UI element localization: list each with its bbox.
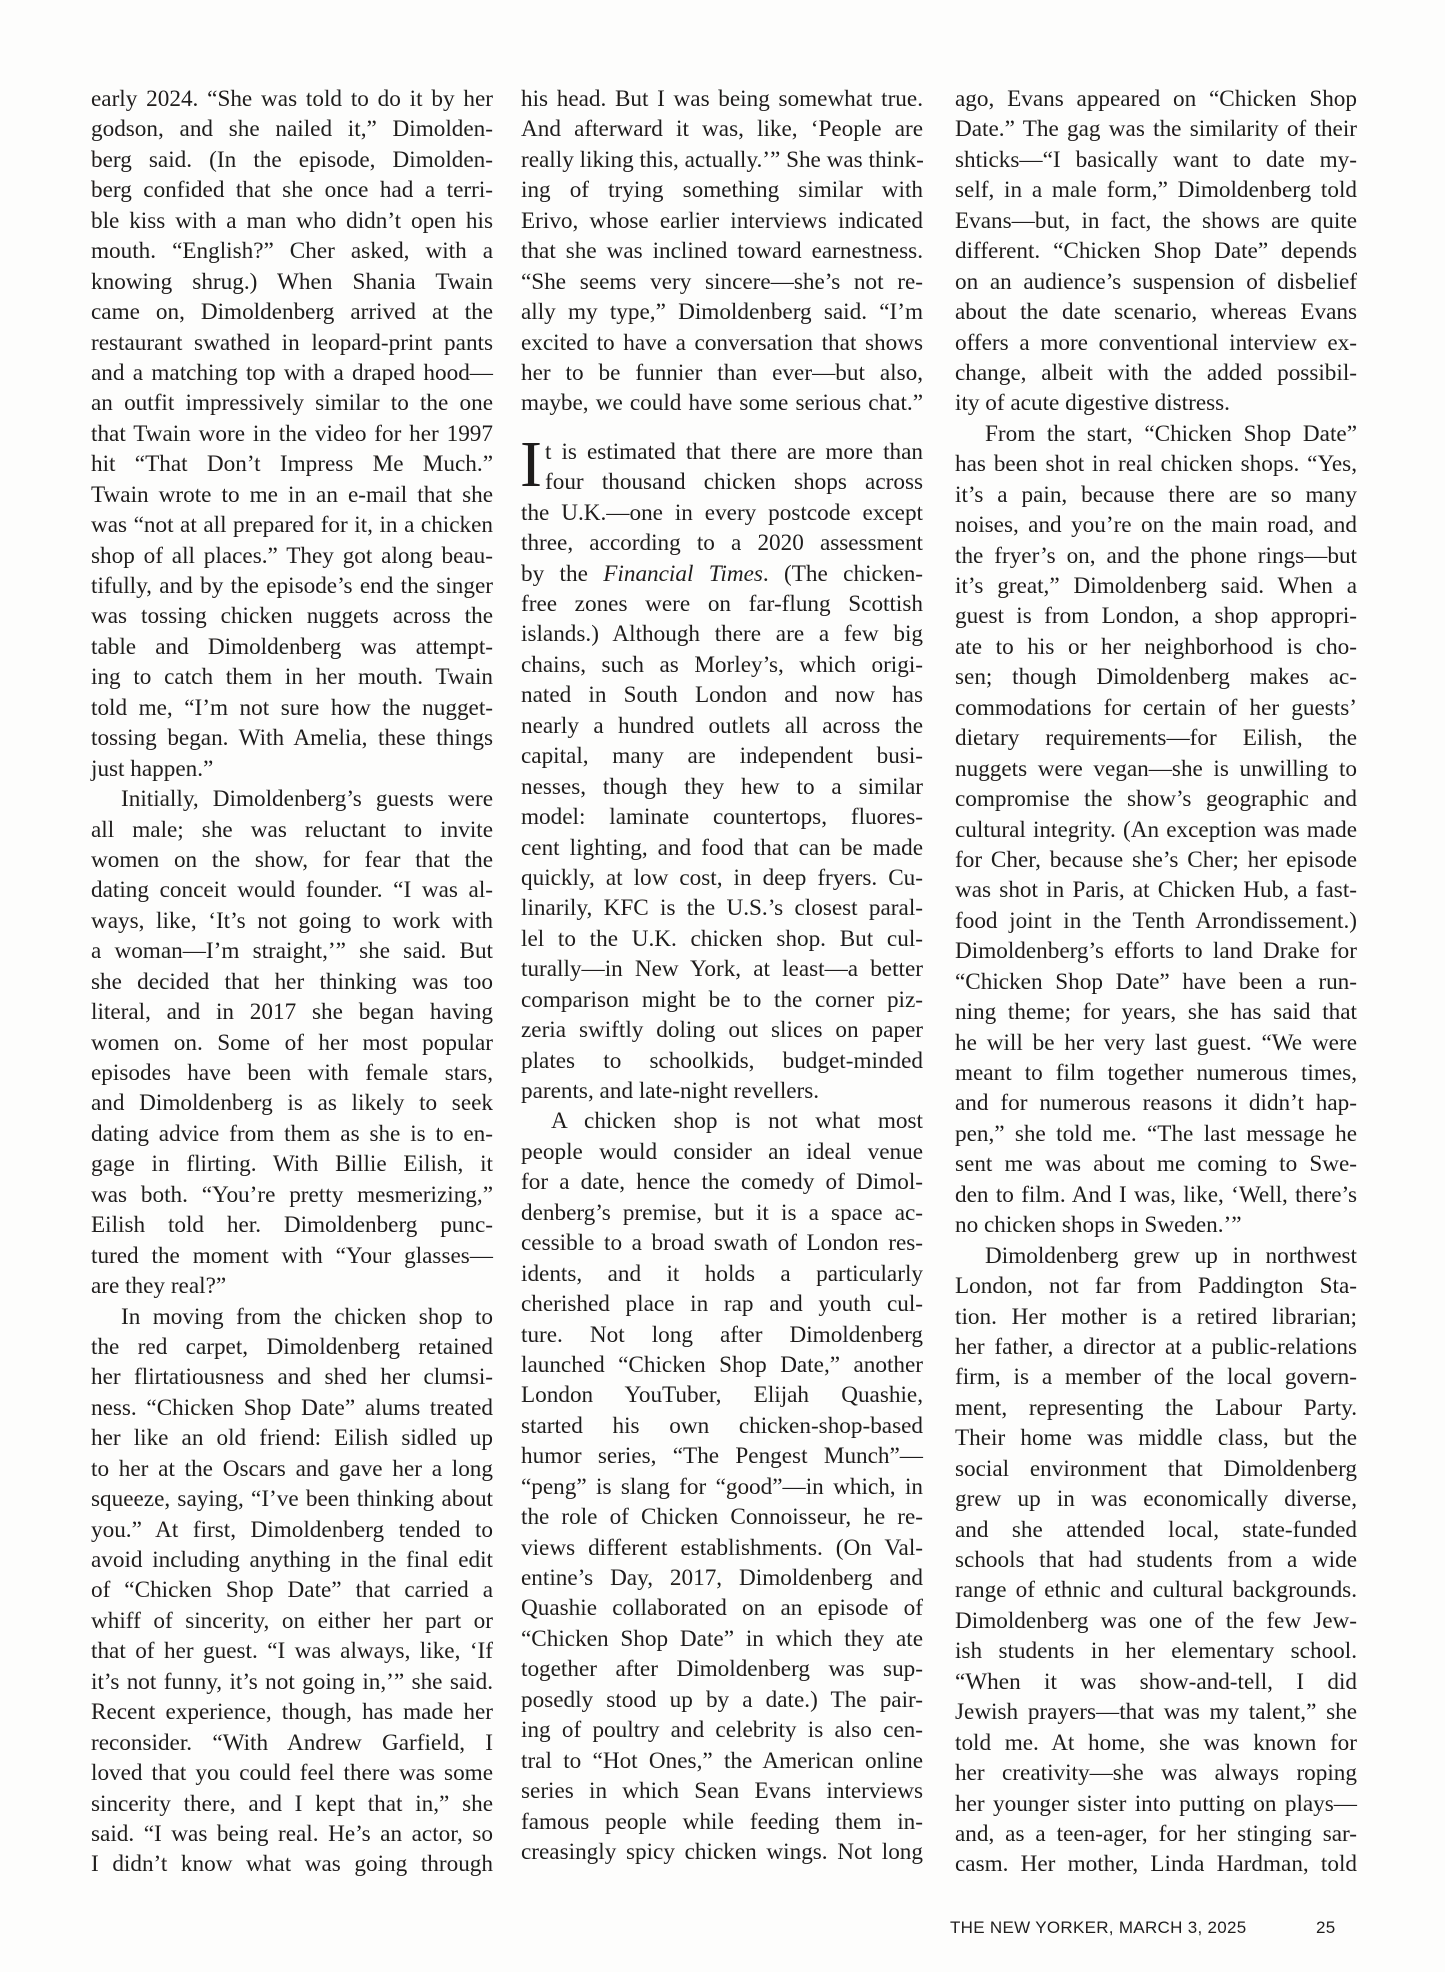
text-line: ing of trying something similar with bbox=[521, 175, 923, 205]
text-line: maybe, we could have some serious chat.” bbox=[521, 388, 923, 418]
text-line: berg said. (In the episode, Dimolden- bbox=[91, 145, 493, 175]
text-line: no chicken shops in Sweden.’” bbox=[955, 1210, 1357, 1240]
text-line: idents, and it holds a particularly bbox=[521, 1259, 923, 1289]
text-line: humor series, “The Pengest Munch”— bbox=[521, 1441, 923, 1471]
text-line: tossing began. With Amelia, these things bbox=[91, 723, 493, 753]
text-line: squeeze, saying, “I’ve been thinking abo… bbox=[91, 1484, 493, 1514]
text-line: loved that you could feel there was some bbox=[91, 1758, 493, 1788]
text-line: entine’s Day, 2017, Dimoldenberg and bbox=[521, 1563, 923, 1593]
text-line: told me. At home, she was known for bbox=[955, 1728, 1357, 1758]
text-line: “peng” is slang for “good”—in which, in bbox=[521, 1472, 923, 1502]
text-line: commodations for certain of her guests’ bbox=[955, 693, 1357, 723]
text-line: ning theme; for years, she has said that bbox=[955, 997, 1357, 1027]
text-line: and a matching top with a draped hood— bbox=[91, 358, 493, 388]
text-line: nesses, though they hew to a similar bbox=[521, 772, 923, 802]
text-line: ing of poultry and celebrity is also cen… bbox=[521, 1715, 923, 1745]
text-line: creasingly spicy chicken wings. Not long bbox=[521, 1837, 923, 1867]
text-line: guest is from London, a shop appropri- bbox=[955, 601, 1357, 631]
text-line: people would consider an ideal venue bbox=[521, 1137, 923, 1167]
text-line: plates to schoolkids, budget-minded bbox=[521, 1046, 923, 1076]
text-line: Jewish prayers—that was my talent,” she bbox=[955, 1697, 1357, 1727]
paragraph-start-line: Initially, Dimoldenberg’s guests were bbox=[91, 784, 493, 814]
text-line: it’s not funny, it’s not going in,’” she… bbox=[91, 1667, 493, 1697]
text-line: dating conceit would founder. “I was al- bbox=[91, 875, 493, 905]
text-line: her younger sister into putting on plays… bbox=[955, 1789, 1357, 1819]
article-column-2: his head. But I was being somewhat true.… bbox=[521, 84, 923, 1867]
text-line: the fryer’s on, and the phone rings—but bbox=[955, 541, 1357, 571]
text-line: are they real?” bbox=[91, 1271, 493, 1301]
text-line: free zones were on far-flung Scottish bbox=[521, 589, 923, 619]
text-line: literal, and in 2017 she began having bbox=[91, 997, 493, 1027]
text-line: views different establishments. (On Val- bbox=[521, 1533, 923, 1563]
text-line: ture. Not long after Dimoldenberg bbox=[521, 1320, 923, 1350]
publication-folio: THE NEW YORKER, MARCH 3, 2025 bbox=[950, 1918, 1247, 1938]
text-line: ate to his or her neighborhood is cho- bbox=[955, 632, 1357, 662]
text-line: dietary requirements—for Eilish, the bbox=[955, 723, 1357, 753]
text-line: came on, Dimoldenberg arrived at the bbox=[91, 297, 493, 327]
text-line: Evans—but, in fact, the shows are quite bbox=[955, 206, 1357, 236]
text-line: he will be her very last guest. “We were bbox=[955, 1028, 1357, 1058]
text-line: godson, and she nailed it,” Dimolden- bbox=[91, 114, 493, 144]
article-column-3: ago, Evans appeared on “Chicken Shop Dat… bbox=[955, 84, 1357, 1880]
text-line: schools that had students from a wide bbox=[955, 1545, 1357, 1575]
text-line: and she attended local, state-funded bbox=[955, 1515, 1357, 1545]
text-line: episodes have been with female stars, bbox=[91, 1058, 493, 1088]
text-line: and for numerous reasons it didn’t hap- bbox=[955, 1088, 1357, 1118]
text-line: social environment that Dimoldenberg bbox=[955, 1454, 1357, 1484]
text-line: ways, like, ‘It’s not going to work with bbox=[91, 906, 493, 936]
text-line: that Twain wore in the video for her 199… bbox=[91, 419, 493, 449]
text-line: chains, such as Morley’s, which origi- bbox=[521, 650, 923, 680]
text-line: sent me was about me coming to Swe- bbox=[955, 1149, 1357, 1179]
text-line: Erivo, whose earlier interviews indicate… bbox=[521, 206, 923, 236]
text-line: den to film. And I was, like, ‘Well, the… bbox=[955, 1180, 1357, 1210]
text-line: the role of Chicken Connoisseur, he re- bbox=[521, 1502, 923, 1532]
text-line: model: laminate countertops, fluores- bbox=[521, 802, 923, 832]
text-line: ness. “Chicken Shop Date” alums treated bbox=[91, 1393, 493, 1423]
text-line: said. “I was being real. He’s an actor, … bbox=[91, 1819, 493, 1849]
text-line: quickly, at low cost, in deep fryers. Cu… bbox=[521, 863, 923, 893]
text-line: her like an old friend: Eilish sidled up bbox=[91, 1423, 493, 1453]
text-line: turally—in New York, at least—a better bbox=[521, 954, 923, 984]
text-line: for a date, hence the comedy of Dimol- bbox=[521, 1167, 923, 1197]
text-line: on an audience’s suspension of disbelief bbox=[955, 267, 1357, 297]
text-line: women on. Some of her most popular bbox=[91, 1028, 493, 1058]
text-fragment: . (The chicken- bbox=[763, 561, 923, 587]
text-line: Twain wrote to me in an e-mail that she bbox=[91, 480, 493, 510]
text-line: that of her guest. “I was always, like, … bbox=[91, 1636, 493, 1666]
text-line: lel to the U.K. chicken shop. But cul- bbox=[521, 924, 923, 954]
text-line: launched “Chicken Shop Date,” another bbox=[521, 1350, 923, 1380]
text-line: Quashie collaborated on an episode of bbox=[521, 1593, 923, 1623]
text-line: self, in a male form,” Dimoldenberg told bbox=[955, 175, 1357, 205]
text-line: her flirtatiousness and shed her clumsi- bbox=[91, 1362, 493, 1392]
text-line: change, albeit with the added possibil- bbox=[955, 358, 1357, 388]
text-line: his head. But I was being somewhat true. bbox=[521, 84, 923, 114]
text-line: told me, “I’m not sure how the nugget- bbox=[91, 693, 493, 723]
paragraph-start-line: Dimoldenberg grew up in northwest bbox=[955, 1241, 1357, 1271]
text-line: different. “Chicken Shop Date” depends bbox=[955, 236, 1357, 266]
section-start-line: It is estimated that there are more than bbox=[521, 437, 923, 467]
text-line: Their home was middle class, but the bbox=[955, 1423, 1357, 1453]
text-line: and Dimoldenberg is as likely to seek bbox=[91, 1088, 493, 1118]
text-line: was “not at all prepared for it, in a ch… bbox=[91, 510, 493, 540]
text-line: London, not far from Paddington Sta- bbox=[955, 1271, 1357, 1301]
text-line: avoid including anything in the final ed… bbox=[91, 1545, 493, 1575]
text-line: excited to have a conversation that show… bbox=[521, 328, 923, 358]
publication-title: Financial Times bbox=[603, 561, 763, 587]
text-line: series in which Sean Evans interviews bbox=[521, 1776, 923, 1806]
text-line: “When it was show-and-tell, I did bbox=[955, 1667, 1357, 1697]
text-line: berg confided that she once had a terri- bbox=[91, 175, 493, 205]
text-line: was tossing chicken nuggets across the bbox=[91, 601, 493, 631]
text-line: pen,” she told me. “The last message he bbox=[955, 1119, 1357, 1149]
text-line: tifully, and by the episode’s end the si… bbox=[91, 571, 493, 601]
text-line: it’s great,” Dimoldenberg said. When a bbox=[955, 571, 1357, 601]
text-line: was shot in Paris, at Chicken Hub, a fas… bbox=[955, 875, 1357, 905]
paragraph-start-line: In moving from the chicken shop to bbox=[91, 1302, 493, 1332]
text-line: tion. Her mother is a retired librarian; bbox=[955, 1302, 1357, 1332]
text-line: firm, is a member of the local govern- bbox=[955, 1362, 1357, 1392]
text-line: it’s a pain, because there are so many bbox=[955, 480, 1357, 510]
text-line: casm. Her mother, Linda Hardman, told bbox=[955, 1849, 1357, 1879]
text-line: reconsider. “With Andrew Garfield, I bbox=[91, 1728, 493, 1758]
text-line: knowing shrug.) When Shania Twain bbox=[91, 267, 493, 297]
text-line: I didn’t know what was going through bbox=[91, 1849, 493, 1879]
text-line: early 2024. “She was told to do it by he… bbox=[91, 84, 493, 114]
text-fragment: by the bbox=[521, 561, 603, 587]
text-line: “Chicken Shop Date” in which they ate bbox=[521, 1624, 923, 1654]
text-line: her to be funnier than ever—but also, bbox=[521, 358, 923, 388]
text-line: and, as a teen-ager, for her stinging sa… bbox=[955, 1819, 1357, 1849]
text-line: four thousand chicken shops across bbox=[521, 467, 923, 497]
text-line: comparison might be to the corner piz- bbox=[521, 985, 923, 1015]
text-line: to her at the Oscars and gave her a long bbox=[91, 1454, 493, 1484]
text-line: famous people while feeding them in- bbox=[521, 1807, 923, 1837]
text-line: compromise the show’s geographic and bbox=[955, 784, 1357, 814]
text-line: tured the moment with “Your glasses— bbox=[91, 1241, 493, 1271]
text-line: ble kiss with a man who didn’t open his bbox=[91, 206, 493, 236]
text-line: Eilish told her. Dimoldenberg punc- bbox=[91, 1210, 493, 1240]
text-line: a woman—I’m straight,’” she said. But bbox=[91, 936, 493, 966]
text-line: her creativity—she was always roping bbox=[955, 1758, 1357, 1788]
text-line: an outfit impressively similar to the on… bbox=[91, 388, 493, 418]
text-line: dating advice from them as she is to en- bbox=[91, 1119, 493, 1149]
text-line: she decided that her thinking was too bbox=[91, 967, 493, 997]
text-line: nearly a hundred outlets all across the bbox=[521, 711, 923, 741]
text-line: shticks—“I basically want to date my- bbox=[955, 145, 1357, 175]
text-line: ment, representing the Labour Party. bbox=[955, 1393, 1357, 1423]
text-line: noises, and you’re on the main road, and bbox=[955, 510, 1357, 540]
text-line: restaurant swathed in leopard-print pant… bbox=[91, 328, 493, 358]
text-line: ally my type,” Dimoldenberg said. “I’m bbox=[521, 297, 923, 327]
text-line: offers a more conventional interview ex- bbox=[955, 328, 1357, 358]
text-line: tral to “Hot Ones,” the American online bbox=[521, 1746, 923, 1776]
paragraph-start-line: A chicken shop is not what most bbox=[521, 1106, 923, 1136]
text-line: all male; she was reluctant to invite bbox=[91, 815, 493, 845]
text-line: meant to film together numerous times, bbox=[955, 1058, 1357, 1088]
text-line: parents, and late-night revellers. bbox=[521, 1076, 923, 1106]
text-line: ago, Evans appeared on “Chicken Shop bbox=[955, 84, 1357, 114]
text-line-content: t is estimated that there are more than bbox=[545, 439, 923, 465]
article-column-1: early 2024. “She was told to do it by he… bbox=[91, 84, 493, 1880]
text-line: Recent experience, though, has made her bbox=[91, 1697, 493, 1727]
page-number: 25 bbox=[1316, 1918, 1336, 1938]
text-line: mouth. “English?” Cher asked, with a bbox=[91, 236, 493, 266]
text-line: nuggets were vegan—she is unwilling to bbox=[955, 754, 1357, 784]
text-line: about the date scenario, whereas Evans bbox=[955, 297, 1357, 327]
text-line: was both. “You’re pretty mesmerizing,” bbox=[91, 1180, 493, 1210]
text-line: range of ethnic and cultural backgrounds… bbox=[955, 1575, 1357, 1605]
text-line: “Chicken Shop Date” have been a run- bbox=[955, 967, 1357, 997]
text-line: has been shot in real chicken shops. “Ye… bbox=[955, 449, 1357, 479]
text-line: hit “That Don’t Impress Me Much.” bbox=[91, 449, 493, 479]
text-line: Dimoldenberg’s efforts to land Drake for bbox=[955, 936, 1357, 966]
text-line: really liking this, actually.’” She was … bbox=[521, 145, 923, 175]
text-line: three, according to a 2020 assessment bbox=[521, 528, 923, 558]
text-line: together after Dimoldenberg was sup- bbox=[521, 1654, 923, 1684]
text-line: cent lighting, and food that can be made bbox=[521, 833, 923, 863]
text-line: gage in flirting. With Billie Eilish, it bbox=[91, 1149, 493, 1179]
text-line: the red carpet, Dimoldenberg retained bbox=[91, 1332, 493, 1362]
text-line: capital, many are independent busi- bbox=[521, 741, 923, 771]
text-line: Date.” The gag was the similarity of the… bbox=[955, 114, 1357, 144]
text-line: cessible to a broad swath of London res- bbox=[521, 1228, 923, 1258]
text-line: cherished place in rap and youth cul- bbox=[521, 1289, 923, 1319]
text-line: whiff of sincerity, on either her part o… bbox=[91, 1606, 493, 1636]
text-line: women on the show, for fear that the bbox=[91, 845, 493, 875]
text-line: posedly stood up by a date.) The pair- bbox=[521, 1685, 923, 1715]
text-line: ing to catch them in her mouth. Twain bbox=[91, 662, 493, 692]
text-line: you.” At first, Dimoldenberg tended to bbox=[91, 1515, 493, 1545]
text-line: ish students in her elementary school. bbox=[955, 1636, 1357, 1666]
text-line: for Cher, because she’s Cher; her episod… bbox=[955, 845, 1357, 875]
text-line: zeria swiftly doling out slices on paper bbox=[521, 1015, 923, 1045]
text-line: Dimoldenberg was one of the few Jew- bbox=[955, 1606, 1357, 1636]
text-line: started his own chicken-shop-based bbox=[521, 1411, 923, 1441]
text-line: nated in South London and now has bbox=[521, 680, 923, 710]
text-line: “She seems very sincere—she’s not re- bbox=[521, 267, 923, 297]
text-line: denberg’s premise, but it is a space ac- bbox=[521, 1198, 923, 1228]
text-line: linarily, KFC is the U.S.’s closest para… bbox=[521, 893, 923, 923]
text-line: the U.K.—one in every postcode except bbox=[521, 498, 923, 528]
text-line: shop of all places.” They got along beau… bbox=[91, 541, 493, 571]
magazine-page: early 2024. “She was told to do it by he… bbox=[0, 0, 1445, 1972]
text-line: that she was inclined toward earnestness… bbox=[521, 236, 923, 266]
paragraph-start-line: From the start, “Chicken Shop Date” bbox=[955, 419, 1357, 449]
text-line: grew up in was economically diverse, bbox=[955, 1484, 1357, 1514]
text-line: by the Financial Times. (The chicken- bbox=[521, 559, 923, 589]
text-line: cultural integrity. (An exception was ma… bbox=[955, 815, 1357, 845]
text-line: her father, a director at a public-relat… bbox=[955, 1332, 1357, 1362]
text-line: islands.) Although there are a few big bbox=[521, 619, 923, 649]
text-line: food joint in the Tenth Arrondissement.) bbox=[955, 906, 1357, 936]
text-line: London YouTuber, Elijah Quashie, bbox=[521, 1380, 923, 1410]
text-line: And afterward it was, like, ‘People are bbox=[521, 114, 923, 144]
text-line: ity of acute digestive distress. bbox=[955, 388, 1357, 418]
text-line: sen; though Dimoldenberg makes ac- bbox=[955, 662, 1357, 692]
text-line: table and Dimoldenberg was attempt- bbox=[91, 632, 493, 662]
text-line: just happen.” bbox=[91, 754, 493, 784]
text-line: sincerity there, and I kept that in,” sh… bbox=[91, 1789, 493, 1819]
text-line: of “Chicken Shop Date” that carried a bbox=[91, 1575, 493, 1605]
